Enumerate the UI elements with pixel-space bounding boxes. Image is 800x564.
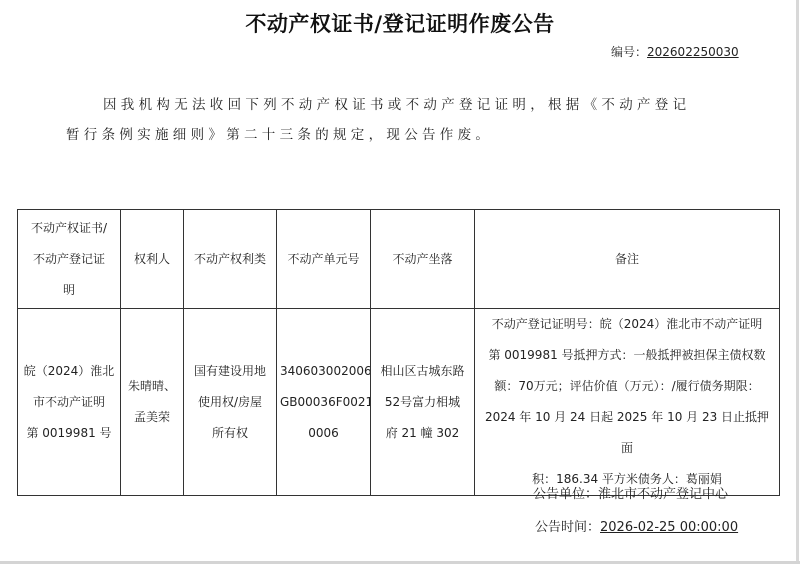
page-edge-right: [796, 0, 799, 564]
cell-text: 额：70万元；评估价值（万元）：/履行债务期限：: [480, 371, 774, 402]
voided-certificates-table: 不动产权证书/ 不动产登记证 明 权利人 不动产权利类 不动产单元号 不动产坐落…: [17, 209, 780, 496]
cell-text: 孟美荣: [124, 402, 180, 433]
serial-number: 编号：202602250030: [611, 43, 739, 60]
notice-paragraph-line-2: 暂行条例实施细则》第二十三条的规定，现公告作废。: [66, 125, 746, 145]
cell-text: 不动产登记证明号：皖（2024）淮北市不动产证明: [480, 309, 774, 340]
table-row: 皖（2024）淮北 市不动产证明 第 0019981 号 朱晴晴、 孟美荣 国有…: [18, 309, 780, 496]
cell-text: 相山区古城东路: [374, 356, 471, 387]
page-title: 不动产权证书/登记证明作废公告: [0, 8, 800, 38]
cell-text: 所有权: [187, 418, 273, 449]
cell-obligee: 朱晴晴、 孟美荣: [121, 309, 184, 496]
header-text: 明: [21, 275, 117, 306]
serial-value: 202602250030: [647, 45, 739, 59]
cell-text: GB00036F0021: [280, 387, 367, 418]
cell-text: 皖（2024）淮北: [21, 356, 117, 387]
notice-time-label: 公告时间：: [535, 520, 600, 535]
header-location: 不动产坐落: [371, 210, 475, 309]
cell-text: 340603002006: [280, 356, 367, 387]
cell-text: 第 0019981 号: [21, 418, 117, 449]
notice-time: 公告时间：2026-02-25 00:00:00: [535, 516, 738, 535]
header-unit-no: 不动产单元号: [277, 210, 371, 309]
header-text: 不动产权证书/: [21, 213, 117, 244]
cell-text: 国有建设用地: [187, 356, 273, 387]
serial-label: 编号：: [611, 45, 647, 59]
cell-location: 相山区古城东路 52号富力相城 府 21 幢 302: [371, 309, 475, 496]
issuing-unit: 公告单位：淮北市不动产登记中心: [533, 483, 728, 502]
cell-unit-no: 340603002006 GB00036F0021 0006: [277, 309, 371, 496]
header-note: 备注: [475, 210, 780, 309]
cell-text: 52号富力相城: [374, 387, 471, 418]
cell-text: 府 21 幢 302: [374, 418, 471, 449]
notice-time-value: 2026-02-25 00:00:00: [600, 520, 738, 535]
cell-note: 不动产登记证明号：皖（2024）淮北市不动产证明 第 0019981 号抵押方式…: [475, 309, 780, 496]
cell-text: 使用权/房屋: [187, 387, 273, 418]
issuing-unit-label: 公告单位：: [533, 487, 598, 502]
cell-text: 0006: [280, 418, 367, 449]
header-obligee: 权利人: [121, 210, 184, 309]
issuing-unit-value: 淮北市不动产登记中心: [598, 487, 728, 502]
header-text: 不动产登记证: [21, 244, 117, 275]
cell-right-type: 国有建设用地 使用权/房屋 所有权: [184, 309, 277, 496]
notice-paragraph-line-1: 因我机构无法收回下列不动产权证书或不动产登记证明，根据《不动产登记: [103, 95, 783, 115]
table-header-row: 不动产权证书/ 不动产登记证 明 权利人 不动产权利类 不动产单元号 不动产坐落…: [18, 210, 780, 309]
cell-certificate: 皖（2024）淮北 市不动产证明 第 0019981 号: [18, 309, 121, 496]
cell-text: 市不动产证明: [21, 387, 117, 418]
header-right-type: 不动产权利类: [184, 210, 277, 309]
cell-text: 2024 年 10 月 24 日起 2025 年 10 月 23 日止抵押面: [480, 402, 774, 464]
header-certificate: 不动产权证书/ 不动产登记证 明: [18, 210, 121, 309]
cell-text: 第 0019981 号抵押方式：一般抵押被担保主债权数: [480, 340, 774, 371]
cell-text: 朱晴晴、: [124, 371, 180, 402]
